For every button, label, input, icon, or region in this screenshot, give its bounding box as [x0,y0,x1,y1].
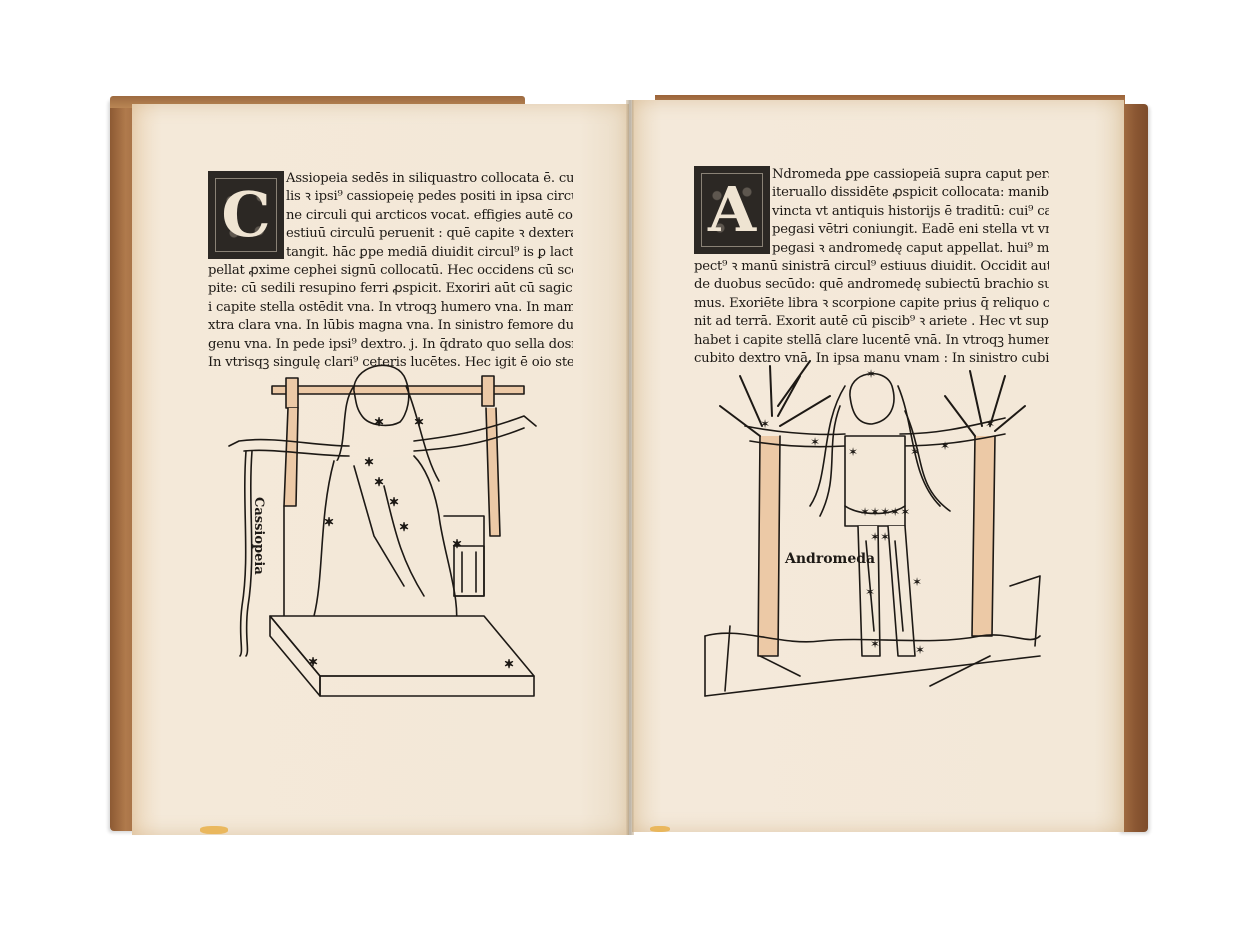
text-line: i capite stella ostēdit̄ vna. In vtroqꝫ … [208,299,573,317]
svg-text:✶: ✶ [364,455,374,469]
svg-text:✶: ✶ [940,439,950,453]
svg-text:✶: ✶ [760,417,770,431]
book-gutter [626,100,634,835]
right-page-text: Ndromeda ꝑpe cassiopeiā supra caput pers… [694,166,1049,368]
text-line: lis ꝛ ipsi⁹ cassiopeię pedes positi in i… [208,188,573,206]
cassiopeia-caption: Cassiopeia [251,497,266,575]
svg-text:✶: ✶ [912,575,922,589]
svg-text:✶: ✶ [389,495,399,509]
text-line: vincta vt antiquis historijs ē traditū: … [694,203,1049,221]
svg-text:✶: ✶ [308,655,318,669]
text-line: tangit. hāc ꝑpe mediā diuidit circul⁹ is… [208,244,573,262]
svg-text:✶: ✶ [324,515,334,529]
left-page-text: Assiopeia sedēs in siliquastro collocata… [208,170,573,372]
svg-text:✶: ✶ [915,643,925,657]
svg-text:✶: ✶ [870,637,880,651]
andromeda-woodcut-illustration: ✶ ✶ ✶ ✶ ✶ ✶ ✶ ✶✶✶✶✶ ✶✶ ✶ ✶ ✶ ✶ [700,356,1045,706]
svg-text:✶: ✶ [414,415,424,429]
svg-text:✶: ✶ [374,475,384,489]
text-line: pegasi vētri coniungit̄. Eadē eni stella… [694,221,1049,239]
text-line: nit ad terrā. Exorit̄ autē cū piscib⁹ ꝛ … [694,313,1049,331]
svg-text:✶: ✶ [374,415,384,429]
text-line: habet i capite stellā clare lucentē vnā.… [694,332,1049,350]
text-line: estiuū circulū peruenit : quē capite ꝛ d… [208,225,573,243]
text-line: pect⁹ ꝛ manū sinistrā circul⁹ estiuus di… [694,258,1049,276]
svg-text:✶: ✶ [399,520,409,534]
svg-text:✶: ✶ [910,445,920,459]
svg-text:✶: ✶ [866,367,876,381]
text-line: pegasi ꝛ andromedę caput appellat̄. hui⁹… [694,240,1049,258]
text-line: xtra clara vna. In lūbis magna vna. In s… [208,317,573,335]
svg-text:✶✶✶✶✶: ✶✶✶✶✶ [860,505,910,519]
page-stain [200,826,228,834]
svg-text:✶: ✶ [810,435,820,449]
svg-text:✶✶: ✶✶ [870,530,890,544]
svg-text:✶: ✶ [452,537,462,551]
text-line: ne circuli qui arcticos vocat̄. effigies… [208,207,573,225]
text-line: mus. Exoriēte libra ꝛ scorpione capite p… [694,295,1049,313]
svg-text:✶: ✶ [848,445,858,459]
cassiopeia-woodcut-illustration: ✶ ✶ ✶ ✶ ✶ ✶ ✶ ✶ ✶ ✶ [224,356,544,706]
andromeda-caption: Andromeda [785,551,875,567]
text-line: iteruallo dissidēte ꝓspicit̄ collocata: … [694,184,1049,202]
text-line: pite: cū sedili resupino ferri ꝓspicit̄.… [208,280,573,298]
text-line: de duobus secūdo: quē andromedę subiectū… [694,276,1049,294]
svg-text:✶: ✶ [865,585,875,599]
text-line: Assiopeia sedēs in siliquastro collocata… [208,170,573,188]
text-line: genu vna. In pede ipsi⁹ dextro. j. In q̄… [208,336,573,354]
open-book-photo: C Assiopeia sedēs in siliquastro colloca… [0,0,1248,935]
svg-text:✶: ✶ [504,657,514,671]
page-stain [650,826,670,832]
svg-text:✶: ✶ [985,417,995,431]
text-line: pellat̄ ꝓxime cephei signū collocatū. He… [208,262,573,280]
text-line: Ndromeda ꝑpe cassiopeiā supra caput pers… [694,166,1049,184]
